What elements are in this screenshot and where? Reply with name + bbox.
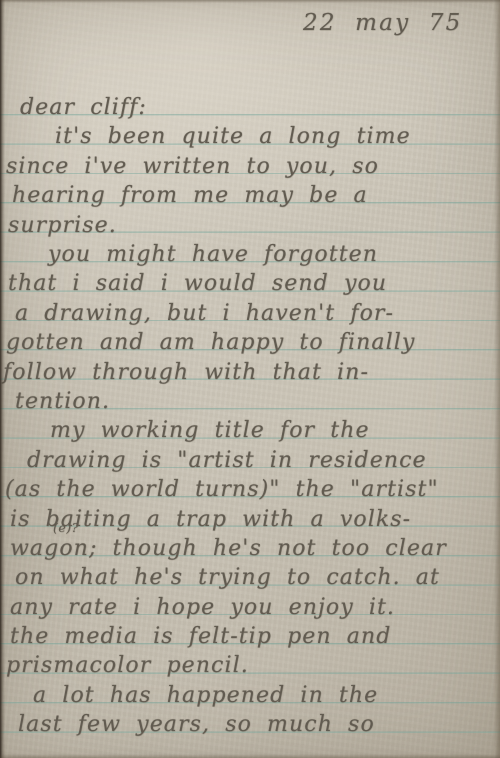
letter-line: since i've written to you, so — [6, 155, 379, 179]
letter-line: (as the world turns)" the "artist" — [5, 478, 439, 502]
letter-line: that i said i would send you — [8, 272, 387, 296]
letter-line: last few years, so much so — [18, 713, 375, 737]
letter-line: follow through with that in- — [3, 361, 369, 385]
photo-edge-bottom — [0, 754, 500, 758]
letter-line: a lot has happened in the — [33, 684, 378, 708]
letter-line: drawing is "artist in residence — [27, 449, 427, 473]
photo-edge-top — [0, 0, 500, 3]
photo-edge-left — [0, 0, 5, 758]
photo-edge-right — [494, 0, 500, 758]
letter-line: on what he's trying to catch. at — [15, 566, 440, 590]
letter-line: any rate i hope you enjoy it. — [10, 596, 395, 620]
letter-line: surprise. — [8, 214, 117, 238]
letter-line: tention. — [15, 390, 110, 414]
letter-line: a drawing, but i haven't for- — [15, 302, 394, 326]
letter-date: 22 may 75 — [303, 10, 462, 36]
letter-line: you might have forgotten — [48, 243, 378, 267]
letter-line: the media is felt-tip pen and — [10, 625, 391, 649]
letter-line: wagon; though he's not too clear — [10, 537, 447, 561]
letter-line: gotten and am happy to finally — [6, 331, 415, 355]
insertion-note: (e)? — [53, 521, 79, 535]
letter-line: it's been quite a long time — [55, 125, 411, 149]
letter-line: prismacolor pencil. — [6, 654, 249, 678]
letter-line: my working title for the — [50, 419, 370, 443]
letter-line: hearing from me may be a — [12, 184, 368, 208]
letter-line: dear cliff: — [20, 96, 147, 120]
letter-paper: 22 may 75 dear cliff:it's been quite a l… — [0, 0, 500, 758]
